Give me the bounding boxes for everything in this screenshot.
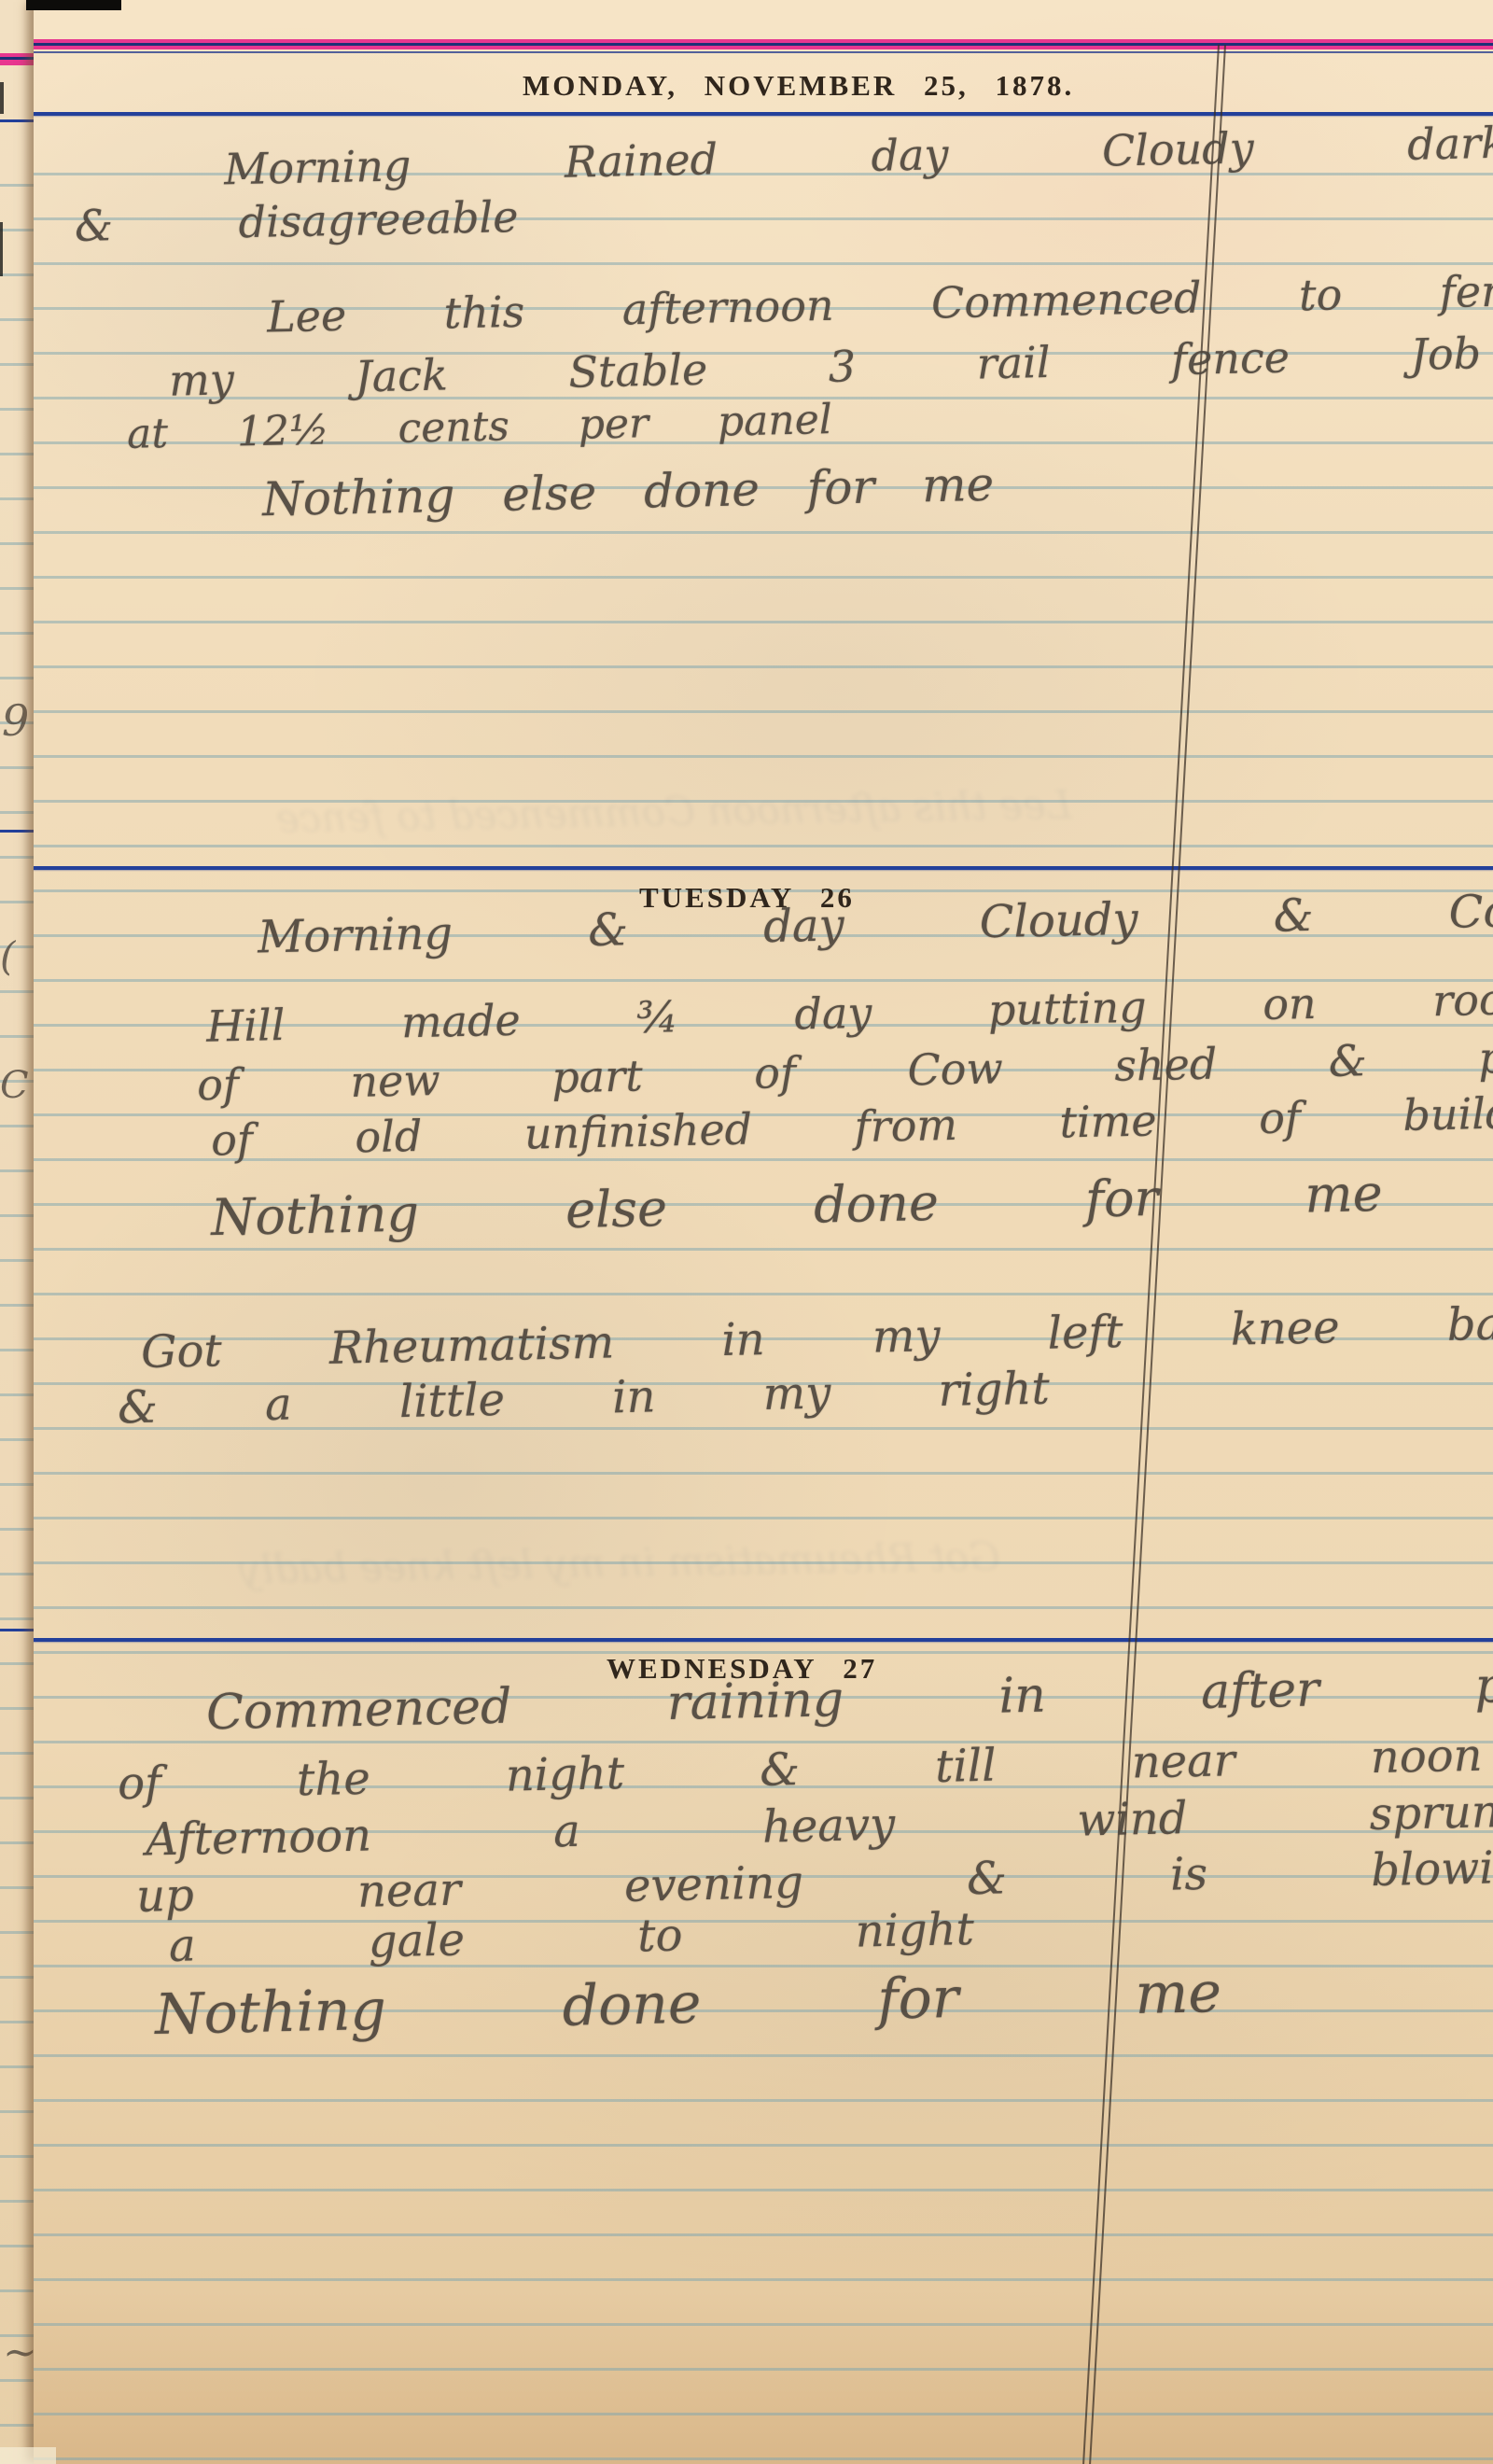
scan-edge-sliver [0,82,4,114]
scan-edge-notch [26,0,121,10]
scan-edge-sliver [0,222,3,276]
strip-heavy-rule [0,119,37,122]
stray-pencil-mark: ~ [3,2329,37,2376]
diary-line: & disagreeable [74,191,518,251]
top-margin-rule-blue-faint [34,51,1493,53]
diary-page-scan: 9 ( C ~ MONDAY, NOVEMBER 25, 1878. TUESD… [0,0,1493,2464]
strip-top-rule [0,53,37,65]
day-header-monday: MONDAY, NOVEMBER 25, 1878. [523,69,1074,103]
underlying-page-edge: 9 ( C ~ [0,0,37,2464]
section-rule-monday [34,112,1493,116]
strip-ruled-lines [0,142,37,2464]
stray-pencil-mark: ( [0,933,15,979]
bottom-left-corner-highlight [0,2447,56,2464]
section-rule-wednesday [34,1638,1493,1642]
diary-page: MONDAY, NOVEMBER 25, 1878. TUESDAY 26 WE… [34,0,1493,2464]
strip-heavy-rule [0,1629,37,1631]
strip-heavy-rule [0,830,37,833]
section-rule-tuesday [34,866,1493,870]
stray-pencil-mark: 9 [2,695,29,746]
stray-pencil-mark: C [0,1064,29,1107]
top-margin-rule-pink [34,46,1493,49]
